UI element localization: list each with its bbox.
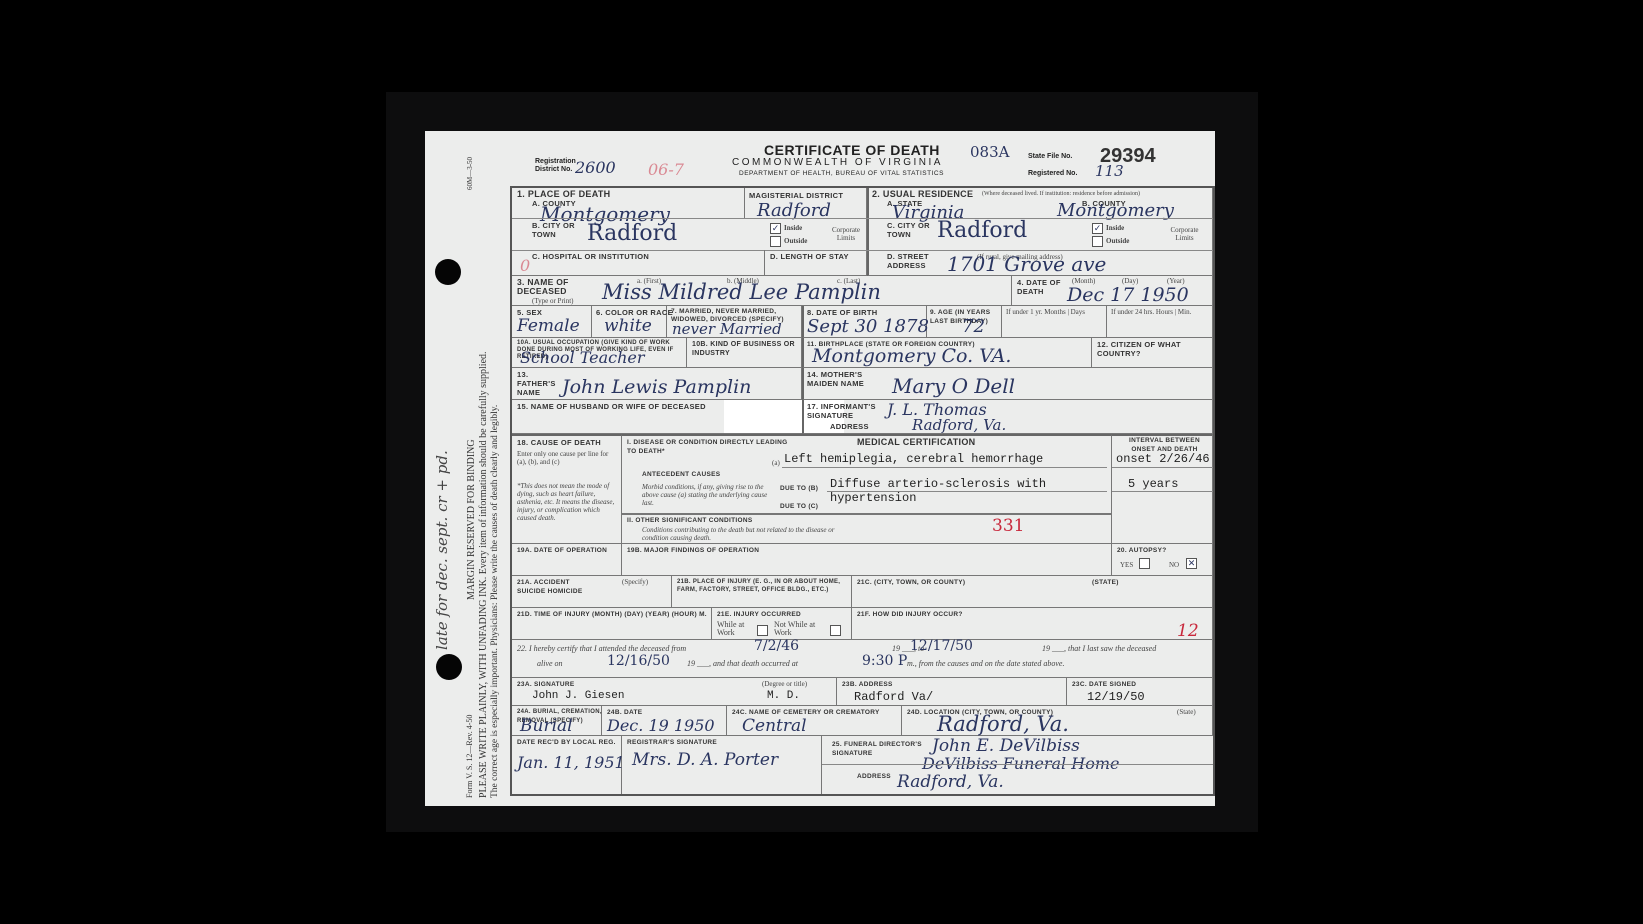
deceased-name: Miss Mildred Lee Pamplin [602, 280, 881, 304]
cause-b-continued: hypertension [830, 491, 916, 505]
attended-from: 7/2/46 [754, 638, 799, 654]
marital-status: never Married [672, 320, 782, 338]
form-number: Form V. S. 12—Rev. 4-50 [465, 715, 474, 798]
physician-degree: M. D. [767, 690, 800, 702]
registered-label: Registered No. [1028, 170, 1077, 177]
not-while-at-work-checkbox[interactable] [830, 625, 841, 636]
attended-to: 12/17/50 [910, 638, 973, 654]
red-annotation: 06-7 [648, 160, 684, 179]
registrar-signature: Mrs. D. A. Porter [632, 750, 778, 770]
instruction-line-1: PLEASE WRITE PLAINLY, WITH UNFADING INK.… [478, 351, 489, 798]
burial-location: Radford, Va. [937, 712, 1069, 736]
occupation: School Teacher [520, 348, 645, 367]
residence-outside-checkbox[interactable] [1092, 236, 1103, 247]
residence-city: Radford [937, 218, 1027, 243]
color-race: white [604, 316, 652, 336]
time-of-death: 9:30 P [862, 653, 907, 669]
mother-maiden-name: Mary O Dell [892, 374, 1015, 398]
residence-inside-checkbox[interactable]: ✓ [1092, 223, 1103, 234]
registration-district-label: Registration District No. [535, 158, 575, 174]
interval-a: onset 2/26/46 [1116, 452, 1210, 466]
sex: Female [517, 316, 580, 336]
interval-b: 5 years [1128, 477, 1178, 491]
instruction-line-2: The correct age is especially important.… [490, 405, 500, 798]
cause-code: 331 [992, 516, 1024, 536]
cause-b: Diffuse arterio-sclerosis with [830, 477, 1046, 491]
print-code: 60M—3-50 [466, 157, 474, 190]
hospital: 0 [520, 256, 530, 275]
code-annotation: 083A [970, 143, 1009, 161]
certificate-title: Certificate of Death [764, 142, 940, 158]
cause-a: Left hemiplegia, cerebral hemorrhage [784, 452, 1043, 466]
registered-number: 113 [1095, 162, 1124, 180]
autopsy-yes-checkbox[interactable] [1139, 558, 1150, 569]
date-of-death: Dec 17 1950 [1067, 284, 1189, 306]
commonwealth-title: Commonwealth of Virginia [732, 157, 943, 168]
residence-street: 1701 Grove ave [947, 252, 1106, 276]
registration-district-no: 2600 [575, 158, 616, 177]
age: 72 [962, 316, 985, 337]
cemetery-name: Central [742, 716, 807, 736]
binding-notice: MARGIN RESERVED FOR BINDING [466, 439, 477, 600]
autopsy-no-checkbox[interactable]: ✕ [1186, 558, 1197, 569]
date-signed: 12/19/50 [1087, 690, 1145, 704]
funeral-director-address: Radford, Va. [897, 772, 1004, 792]
physician-address: Radford Va/ [854, 690, 933, 704]
last-seen-alive: 12/16/50 [607, 653, 670, 669]
death-outside-checkbox[interactable] [770, 236, 781, 247]
funeral-director-signature: John E. DeVilbiss [932, 736, 1080, 756]
physician-name: John J. Giesen [532, 690, 624, 702]
certificate-form: 1. Place of Death a. County Montgomery M… [510, 186, 1215, 796]
state-file-label: State File No. [1028, 153, 1072, 160]
margin-handwritten-note: late for dec. sept. cr + pd. [433, 450, 451, 650]
punch-hole-bottom [436, 654, 462, 680]
informant-address: Radford, Va. [912, 416, 1006, 434]
father-name: John Lewis Pamplin [562, 376, 751, 398]
date-of-birth: Sept 30 1878 [807, 316, 929, 337]
department-name: Department of Health, Bureau of Vital St… [739, 170, 944, 177]
while-at-work-checkbox[interactable] [757, 625, 768, 636]
death-inside-checkbox[interactable]: ✓ [770, 223, 781, 234]
burial-date: Dec. 19 1950 [607, 716, 715, 735]
punch-hole-top [435, 259, 461, 285]
date-received: Jan. 11, 1951 [517, 753, 625, 772]
birthplace: Montgomery Co. VA. [812, 345, 1011, 367]
death-city: Radford [587, 221, 677, 246]
disposition-type: Burial [520, 716, 573, 736]
injury-red-code: 12 [1177, 621, 1199, 641]
